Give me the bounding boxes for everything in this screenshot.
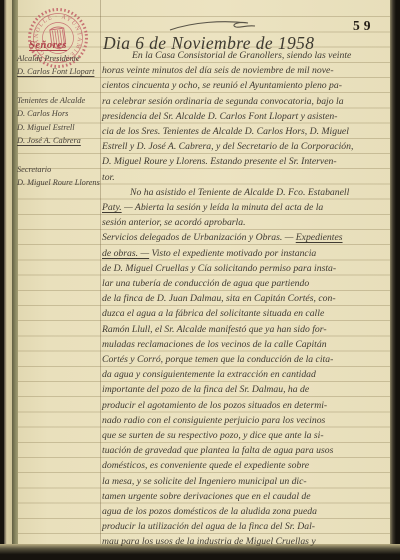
body-text-line: de obras. — Visto el expediente motivado… <box>102 248 316 260</box>
body-text-line: Ramón Llull, el Sr. Alcalde manifestó qu… <box>102 324 327 336</box>
attendee-entry: D. Miguel Estrell <box>17 123 103 132</box>
body-text-line: tuación de gravedad que plantea la falta… <box>102 445 333 457</box>
body-text-line: producir la utilización del agua de la f… <box>102 521 315 533</box>
scan-edge-right <box>390 0 400 560</box>
body-text-line: horas veinte minutos del día seis de nov… <box>102 65 334 77</box>
attendee-entry: Tenientes de Alcalde <box>17 96 103 105</box>
body-text-line: No ha asistido el Teniente de Alcalde D.… <box>102 187 349 199</box>
body-text-line: presidencia del Sr. Alcalde D. Carlos Fo… <box>102 111 337 123</box>
body-text-line: que se surten de su respectivo pozo, y d… <box>102 430 324 442</box>
body-text-line: de D. Miguel Cruellas y Cía solicitando … <box>102 263 336 275</box>
body-text-line: D. Miguel Roure y Llorens. Estando prese… <box>102 156 337 168</box>
attendees-list: Alcalde PresidenteD. Carlos Font Llopart… <box>17 0 103 560</box>
body-text-line: Servicios delegados de Urbanización y Ob… <box>102 232 343 244</box>
body-text-line: muladas reclamaciones de los vecinos de … <box>102 339 327 351</box>
body-text-line: la mesa, y se solicite del Ingeniero mun… <box>102 476 307 488</box>
attendee-entry: D. José A. Cabrera <box>17 136 103 145</box>
body-text-line: domésticos, es conveniente quede el expe… <box>102 460 309 472</box>
page-number: 59 <box>353 18 375 34</box>
body-text-line: de la finca de D. Juan Dalmau, sita en C… <box>102 293 336 305</box>
body-text-line: mau para los usos de la industria de Mig… <box>102 536 316 548</box>
attendee-entry: Secretario <box>17 165 103 174</box>
body-text-line: En la Casa Consistorial de Granollers, s… <box>102 50 351 62</box>
body-text-line: importante del pozo de la finca del Sr. … <box>102 384 309 396</box>
body-text-line: da agua y consiguientemente la extracció… <box>102 369 316 381</box>
body-text-line: Paty. — Abierta la sesión y leída la min… <box>102 202 323 214</box>
body-text-line: tor. <box>102 172 115 184</box>
body-text-line: cia de los Sres. Tenientes de Alcalde D.… <box>102 126 349 138</box>
body-text-line: producir el agotamiento de los pozos sit… <box>102 400 327 412</box>
attendee-entry: D. Carlos Font Llopart <box>17 67 103 76</box>
body-text-line: lar una tubería de conducción de agua qu… <box>102 278 309 290</box>
body-text-line: duzca el agua a la fábrica del solicitan… <box>102 308 324 320</box>
body-text-line: tamen urgente sobre derivaciones que en … <box>102 491 311 503</box>
body-text-line: cientos cincuenta y ocho, se reunió el A… <box>102 80 342 92</box>
under-page-edge <box>4 0 12 560</box>
attendee-entry: Alcalde Presidente <box>17 54 103 63</box>
body-text-line: agua de los pozos domésticos de la aludi… <box>102 506 317 518</box>
pen-flourish <box>168 18 258 34</box>
body-text-line: nado radio con el consiguiente perjuicio… <box>102 415 325 427</box>
attendee-entry: D. Miguel Roure Llorens <box>17 178 103 187</box>
body-text-line: Cortés y Corró, porque temen que la cond… <box>102 354 333 366</box>
body-text-line: sesión anterior, se acordó aprobarla. <box>102 217 246 229</box>
minutes-book-page: · AYUNTAMIENTO · GRANOLLERS Señores Alca… <box>0 0 400 560</box>
attendee-entry: D. Carlos Hors <box>17 109 103 118</box>
body-text-line: ra celebrar sesión ordinaria de segunda … <box>102 96 344 108</box>
body-text-line: Estrell y D. José A. Cabrera, y del Secr… <box>102 141 353 153</box>
